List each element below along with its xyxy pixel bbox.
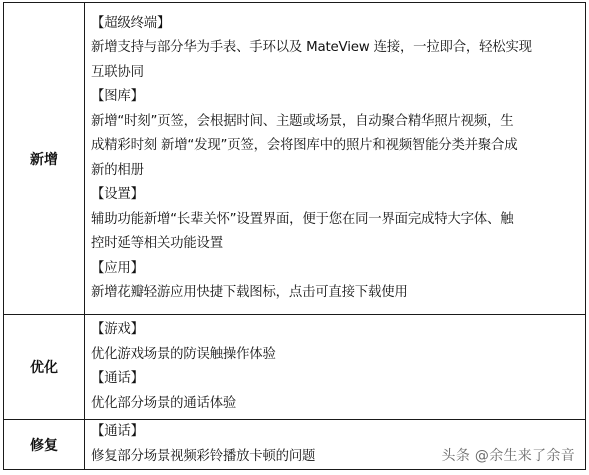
content-line: 新增花瓣轻游应用快捷下载图标，点击可直接下载使用 [91,281,581,306]
table-row-new: 新增 【超级终端】 新增支持与部分华为手表、手环以及 MateView 连接，一… [4,3,586,315]
category-cell: 新增 [4,3,85,315]
watermark: 头条 @余生来了余音 [442,445,575,465]
content-line: 控时延等相关功能设置 [91,232,581,257]
category-cell: 优化 [4,315,85,420]
content-line: 互联协同 [91,61,581,86]
content-line: 优化游戏场景的防误触操作体验 [91,343,581,368]
section-heading: 【超级终端】 [91,12,581,37]
content-line: 新增支持与部分华为手表、手环以及 MateView 连接，一拉即合，轻松实现 [91,36,581,61]
section-heading: 【图库】 [91,85,581,110]
category-cell: 修复 [4,420,85,470]
section-heading: 【设置】 [91,183,581,208]
content-line: 优化部分场景的通话体验 [91,392,581,417]
content-line: 新的相册 [91,159,581,184]
content-line: 新增“时刻”页签，会根据时间、主题或场景，自动聚合精华照片视频，生 [91,110,581,135]
content-line: 成精彩时刻 新增“发现”页签，会将图库中的照片和视频智能分类并聚合成 [91,134,581,159]
section-heading: 【游戏】 [91,318,581,343]
content-cell: 【超级终端】 新增支持与部分华为手表、手环以及 MateView 连接，一拉即合… [85,3,586,315]
content-cell: 【游戏】 优化游戏场景的防误触操作体验 【通话】 优化部分场景的通话体验 [85,315,586,420]
content-line: 辅助功能新增“长辈关怀”设置界面，便于您在同一界面完成特大字体、触 [91,208,581,233]
section-heading: 【通话】 [91,367,581,392]
section-heading: 【应用】 [91,257,581,282]
section-heading: 【通话】 [91,420,581,445]
table-row-optimize: 优化 【游戏】 优化游戏场景的防误触操作体验 【通话】 优化部分场景的通话体验 [4,315,586,420]
changelog-table: 新增 【超级终端】 新增支持与部分华为手表、手环以及 MateView 连接，一… [3,2,586,470]
